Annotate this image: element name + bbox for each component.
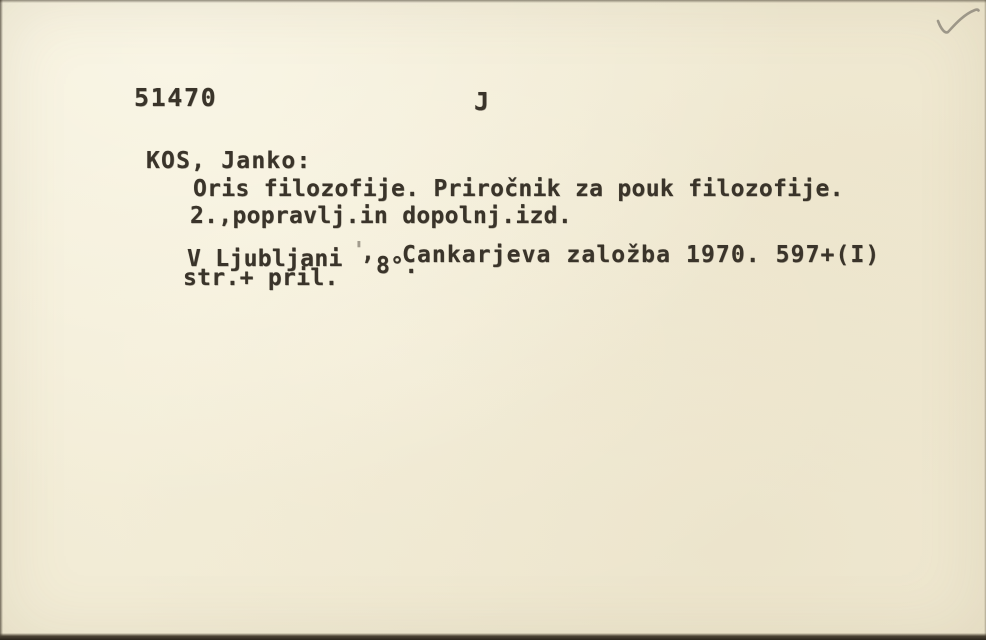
collation-line: str.+ pril. [183,267,339,290]
author-heading: KOS, Janko: [146,150,312,173]
edition-line: 2.,popravlj.in dopolnj.izd. [190,205,572,228]
imprint-comma: , [361,242,375,265]
call-number: 51470 [134,85,217,110]
section-letter: J [474,89,489,114]
pencil-checkmark-icon [930,5,986,49]
catalog-card: 51470 J KOS, Janko: Oris filozofije. Pri… [0,0,986,640]
imprint-publisher: Cankarjeva založba 1970. 597+(I) [402,244,880,267]
card-edge-top [0,0,986,3]
card-edge-bottom [0,633,986,640]
card-edge-left [0,0,3,640]
book-format: 8°. [376,255,418,278]
title-line: Oris filozofije. Priročnik za pouk filoz… [193,178,844,201]
